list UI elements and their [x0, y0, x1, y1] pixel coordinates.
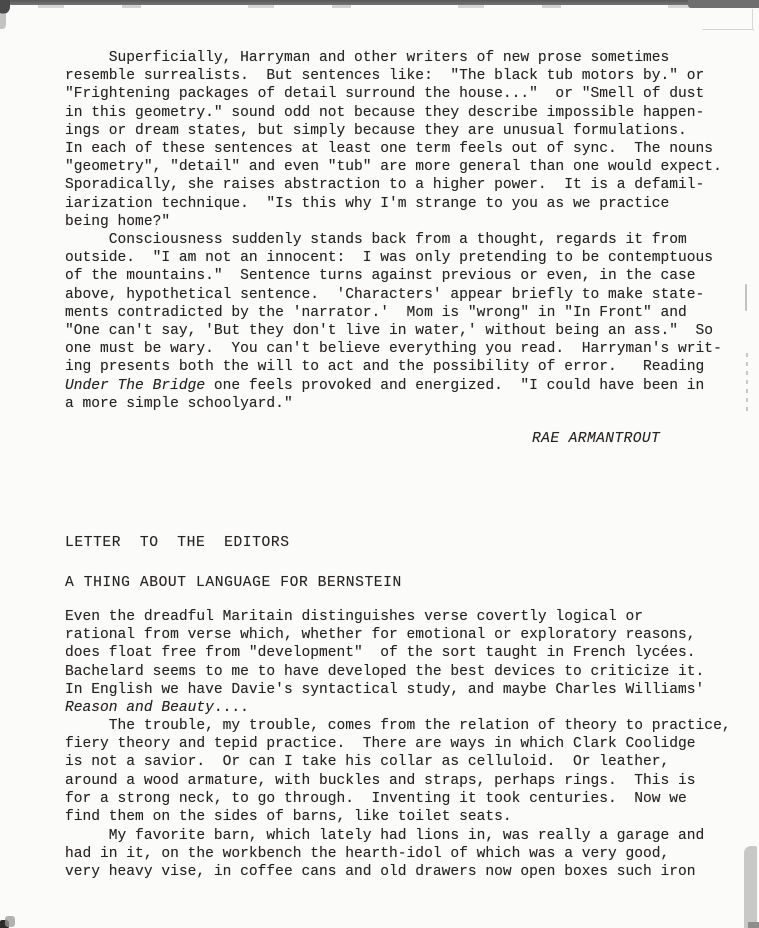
letter-paragraph-2: The trouble, my trouble, comes from the …: [65, 717, 731, 826]
scan-artifact-right-line: [745, 284, 747, 311]
review-paragraph-1: Superficially, Harryman and other writer…: [65, 49, 722, 231]
scan-curl-line-vertical: [752, 9, 753, 30]
letter-paragraph-3: My favorite barn, which lately had lions…: [65, 827, 704, 882]
scan-artifact-bottom-right: [744, 846, 757, 928]
scan-corner-mark-top-left: [0, 0, 10, 14]
letter-paragraph-1: Even the dreadful Maritain distinguishes…: [65, 608, 704, 717]
scan-artifact-bottom-right-dark: [748, 922, 759, 928]
scan-edge-top-right: [688, 0, 759, 8]
review-signature: RAE ARMANTROUT: [532, 430, 660, 448]
review-paragraph-2: Consciousness suddenly stands back from …: [65, 231, 722, 413]
scan-smudge-bottom-left-halo: [5, 916, 15, 927]
scan-curl-line-horizontal: [702, 29, 754, 30]
scan-edge-top-fragments: [0, 5, 759, 8]
letter-section-heading: LETTER TO THE EDITORS: [65, 534, 290, 552]
scan-artifact-right-dots: [746, 353, 748, 413]
letter-title: A THING ABOUT LANGUAGE FOR BERNSTEIN: [65, 574, 402, 592]
scanned-page: Superficially, Harryman and other writer…: [0, 0, 759, 928]
scan-corner-smudge-top-left: [0, 13, 6, 29]
